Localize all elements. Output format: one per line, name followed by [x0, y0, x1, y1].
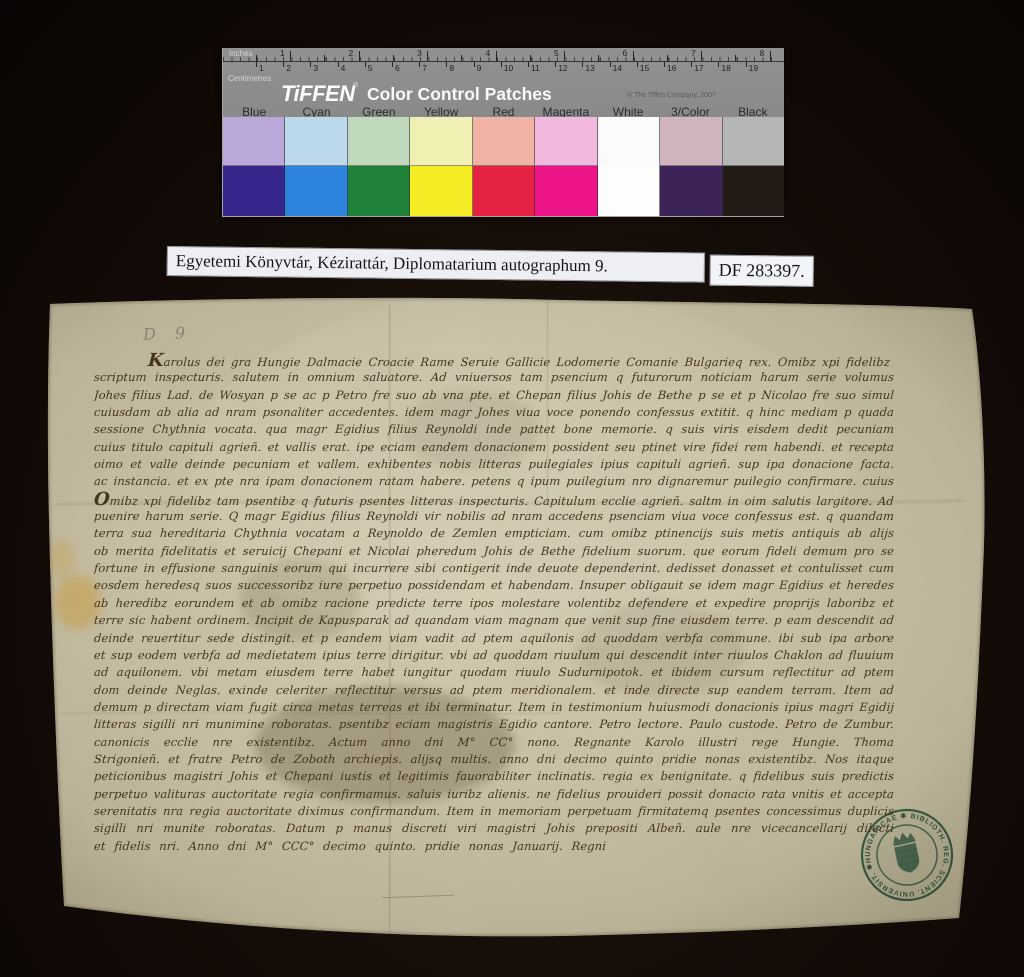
archival-photograph: Inches 123456781234567891011121314151617… — [0, 0, 1024, 977]
pencil-mark: D 9 — [143, 323, 193, 344]
manuscript-line: serenitatis nra regia auctoritate diximu… — [93, 803, 894, 820]
manuscript-line: ab heredibz eorundem et ab omibz racione… — [93, 595, 894, 612]
manuscript-line: demum p directam viam fugit circa metas … — [93, 699, 894, 716]
manuscript-line: perpetuo valituras auctoritate regia con… — [93, 786, 894, 803]
manuscript-line: cuiusdam ab alia ad nram psonaliter acce… — [93, 404, 894, 421]
manuscript-line: Johes filius Lad. de Wosyan p se ac p Pe… — [93, 387, 894, 404]
manuscript-line: ob merita fidelitatis et seruicij Chepan… — [93, 543, 894, 560]
manuscript-line: terre sic habent ordinem. Incipit de Kap… — [93, 612, 894, 629]
manuscript-line: canonicis ecclie nre existentibz. Actum … — [93, 734, 894, 751]
manuscript-line: peticionibus magistri Johis et Chepani i… — [93, 768, 894, 785]
manuscript-line: dom deinde Neglas. exinde celeriter refl… — [93, 682, 894, 699]
manuscript-line: scriptum inspecturis. salutem in omnium … — [93, 369, 894, 386]
manuscript-line: litteras sigilli nri munimine roboratas.… — [93, 716, 894, 733]
manuscript-line: Karolus dei gra Hungie Dalmacie Croacie … — [93, 352, 894, 369]
manuscript-line: Strigonieñ. et fratre Petro de Zoboth ar… — [93, 751, 894, 768]
manuscript-line: eosdem heredesq suos successoribz iure p… — [93, 577, 894, 594]
manuscript-line: fortune in effusione sanguinis eorum qui… — [93, 560, 894, 577]
manuscript-line: oimo et valle deinde pecuniam et vallem.… — [93, 456, 894, 473]
manuscript-line: deinde reuertitur sede distingit. et p e… — [93, 630, 894, 647]
manuscript-text: Karolus dei gra Hungie Dalmacie Croacie … — [94, 352, 894, 855]
manuscript-line: ac instancia. et ex pte nra ipam donacio… — [93, 473, 894, 490]
manuscript-line: ad aquilonem. vbi metam eiusdem terre ha… — [93, 664, 894, 681]
yellow-stain — [48, 540, 76, 576]
manuscript-line: cuius titulo capituli agrieñ. et vallis … — [93, 439, 894, 456]
manuscript-line: Omibz xpi fidelibz tam psentibz q futuri… — [93, 491, 894, 508]
manuscript-line: puenire harum serie. Q magr Egidius fili… — [93, 508, 894, 525]
manuscript-line: et fidelis nri. Anno dni M° CCC° decimo … — [93, 838, 606, 855]
manuscript-line: sessione Chythnia vocata. qua magr Egidi… — [93, 421, 894, 438]
manuscript-line: terra sua hereditaria Chythnia vocatam a… — [93, 525, 894, 542]
manuscript-line: sigilli nri munite roboratas. Datum p ma… — [93, 820, 894, 837]
manuscript-line: et sup eodem verbfa ad medietatem ipius … — [93, 647, 894, 664]
